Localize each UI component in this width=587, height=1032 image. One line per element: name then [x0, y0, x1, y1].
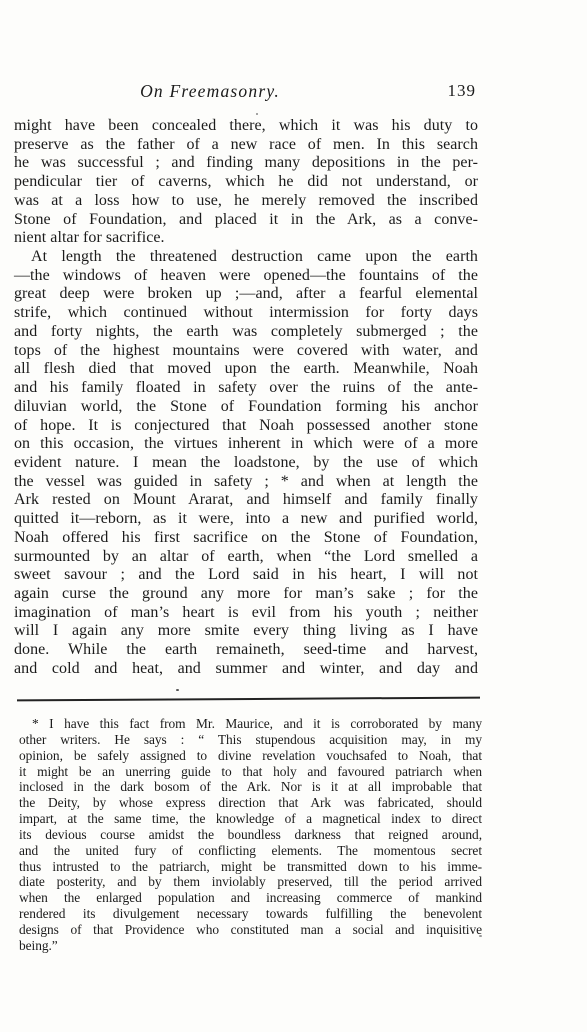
body-line: At length the threatened destruction cam…: [14, 248, 478, 267]
footnote-text: * I have this fact from Mr. Maurice, and…: [19, 716, 482, 954]
body-line: again curse the ground any more for man’…: [14, 585, 478, 604]
footnote-line: when the enlarged population and increas…: [19, 890, 482, 906]
body-line: preserve as the father of a new race of …: [14, 136, 478, 155]
body-line: he was successful ; and finding many dep…: [14, 154, 478, 173]
footnote-line: being.”: [19, 938, 482, 954]
body-line: and forty nights, the earth was complete…: [14, 323, 478, 342]
body-line: pendicular tier of caverns, which he did…: [14, 173, 478, 192]
body-line: imagination of man’s heart is evil from …: [14, 604, 478, 623]
footnote-line: designs of that Providence who constitut…: [19, 922, 482, 938]
body-line: and his family floated in safety over th…: [14, 379, 478, 398]
body-line: surmounted by an altar of earth, when “t…: [14, 548, 478, 567]
footnote-line: it might be an unerring guide to that ho…: [19, 764, 482, 780]
footnote-line: its devious course amidst the boundless …: [19, 827, 482, 843]
running-head: On Freemasonry. 139: [14, 81, 478, 103]
footnote-line: diate posterity, and by them inviolably …: [19, 874, 482, 890]
footnote-line: thus intrusted to the patriarch, might b…: [19, 859, 482, 875]
body-line: diluvian world, the Stone of Foundation …: [14, 398, 478, 417]
page-number: 139: [448, 81, 477, 101]
footnote-line: and the united fury of conflicting eleme…: [19, 843, 482, 859]
scan-speck: [256, 113, 258, 115]
body-line: strife, which continued without intermis…: [14, 304, 478, 323]
body-line: might have been concealed there, which i…: [14, 117, 478, 136]
body-line: and cold and heat, and summer and winter…: [14, 660, 478, 679]
body-line: Ark rested on Mount Ararat, and himself …: [14, 491, 478, 510]
footnote-line: impart, at the same time, the knowledge …: [19, 811, 482, 827]
footnote-line: * I have this fact from Mr. Maurice, and…: [19, 716, 482, 732]
body-line: all flesh died that moved upon the earth…: [14, 360, 478, 379]
body-line: was at a loss how to use, he merely remo…: [14, 192, 478, 211]
footnote-line: the Deity, by whose express direction th…: [19, 795, 482, 811]
scan-speck: [479, 935, 482, 937]
body-line: done. While the earth remaineth, seed-ti…: [14, 641, 478, 660]
body-line: evident nature. I mean the loadstone, by…: [14, 454, 478, 473]
footnote-line: opinion, be safely assigned to divine re…: [19, 748, 482, 764]
body-line: Stone of Foundation, and placed it in th…: [14, 211, 478, 230]
footnote-line: rendered its divulgement necessary towar…: [19, 906, 482, 922]
footnote-rule: [17, 697, 480, 702]
body-line: will I again any more smite every thing …: [14, 622, 478, 641]
body-text: might have been concealed there, which i…: [14, 117, 478, 679]
body-line: quitted it—reborn, as it were, into a ne…: [14, 510, 478, 529]
footnote-line: inclosed in the dark bosom of the Ark. N…: [19, 779, 482, 795]
footnote-line: other writers. He says : “ This stupendo…: [19, 732, 482, 748]
body-line: great deep were broken up ;—and, after a…: [14, 285, 478, 304]
body-line: nient altar for sacrifice.: [14, 229, 478, 248]
running-head-title: On Freemasonry.: [6, 81, 414, 102]
scan-speck: [176, 689, 179, 691]
body-line: the vessel was guided in safety ; * and …: [14, 473, 478, 492]
body-line: on this occasion, the virtues inherent i…: [14, 435, 478, 454]
body-line: Noah offered his first sacrifice on the …: [14, 529, 478, 548]
body-line: of hope. It is conjectured that Noah pos…: [14, 417, 478, 436]
body-line: —the windows of heaven were opened—the f…: [14, 267, 478, 286]
body-line: sweet savour ; and the Lord said in his …: [14, 566, 478, 585]
book-page: On Freemasonry. 139 might have been conc…: [0, 0, 587, 1032]
body-line: tops of the highest mountains were cover…: [14, 342, 478, 361]
